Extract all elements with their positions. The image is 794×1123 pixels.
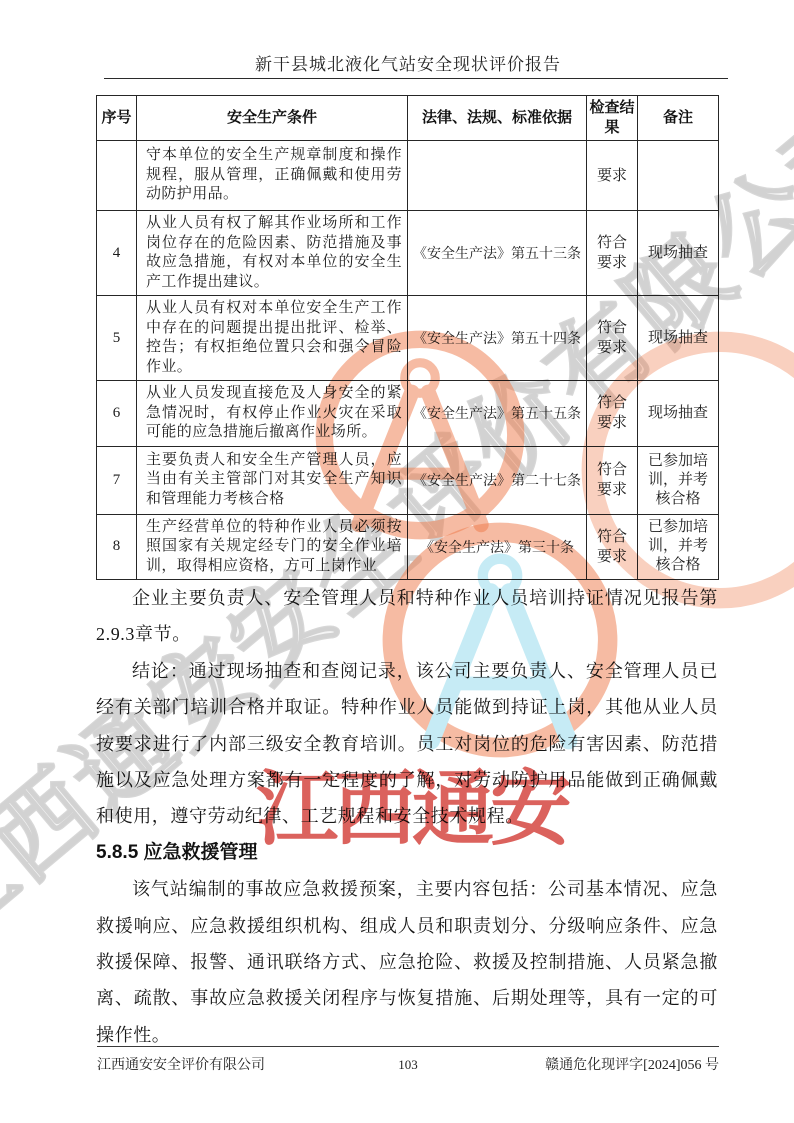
paragraph-conclusion: 结论：通过现场抽查和查阅记录，该公司主要负责人、安全管理人员已经有关部门培训合格… — [96, 653, 718, 835]
table-row: 4 从业人员有权了解其作业场所和工作岗位存在的危险因素、防范措施及事故应急措施，… — [97, 211, 719, 296]
cell-condition: 主要负责人和安全生产管理人员，应当由有关主管部门对其安全生产知识和管理能力考核合… — [137, 446, 408, 514]
cell-result: 要求 — [587, 141, 638, 211]
paragraph-emergency-plan: 该气站编制的事故应急救援预案，主要内容包括：公司基本情况、应急救援响应、应急救援… — [96, 871, 718, 1053]
cell-no: 5 — [97, 296, 137, 381]
cell-remark: 已参加培训，并考核合格 — [638, 514, 719, 580]
col-header-condition: 安全生产条件 — [137, 96, 408, 141]
paragraph-training-certificates: 企业主要负责人、安全管理人员和特种作业人员培训持证情况见报告第2.9.3章节。 — [96, 580, 718, 653]
cell-remark — [638, 141, 719, 211]
cell-condition: 从业人员有权对本单位安全生产工作中存在的问题提出提出批评、检举、控告；有权拒绝位… — [137, 296, 408, 381]
cell-no — [97, 141, 137, 211]
cell-result: 符合要求 — [587, 514, 638, 580]
footer-company-name: 江西通安安全评价有限公司 — [97, 1054, 304, 1074]
cell-condition: 守本单位的安全生产规章制度和操作规程，服从管理，正确佩戴和使用劳动防护用品。 — [137, 141, 408, 211]
table-row: 7 主要负责人和安全生产管理人员，应当由有关主管部门对其安全生产知识和管理能力考… — [97, 446, 719, 514]
cell-result: 符合要求 — [587, 211, 638, 296]
cell-no: 4 — [97, 211, 137, 296]
table-header-row: 序号 安全生产条件 法律、法规、标准依据 检查结果 备注 — [97, 96, 719, 141]
cell-condition: 生产经营单位的特种作业人员必须按照国家有关规定经专门的安全作业培训，取得相应资格… — [137, 514, 408, 580]
safety-conditions-table: 序号 安全生产条件 法律、法规、标准依据 检查结果 备注 守本单位的安全生产规章… — [96, 95, 719, 580]
cell-result: 符合要求 — [587, 381, 638, 447]
table-row: 守本单位的安全生产规章制度和操作规程，服从管理，正确佩戴和使用劳动防护用品。 要… — [97, 141, 719, 211]
cell-remark: 现场抽查 — [638, 381, 719, 447]
cell-result: 符合要求 — [587, 446, 638, 514]
col-header-remark: 备注 — [638, 96, 719, 141]
cell-remark: 现场抽查 — [638, 211, 719, 296]
cell-no: 6 — [97, 381, 137, 447]
cell-basis: 《安全生产法》第二十七条 — [408, 446, 587, 514]
page-header-title: 新干县城北液化气站安全现状评价报告 — [97, 50, 719, 75]
cell-condition: 从业人员有权了解其作业场所和工作岗位存在的危险因素、防范措施及事故应急措施，有权… — [137, 211, 408, 296]
col-header-result: 检查结果 — [587, 96, 638, 141]
table-row: 6 从业人员发现直接危及人身安全的紧急情况时，有权停止作业火灾在采取可能的应急措… — [97, 381, 719, 447]
cell-condition: 从业人员发现直接危及人身安全的紧急情况时，有权停止作业火灾在采取可能的应急措施后… — [137, 381, 408, 447]
cell-no: 8 — [97, 514, 137, 580]
cell-remark: 现场抽查 — [638, 296, 719, 381]
cell-remark: 已参加培训，并考核合格 — [638, 446, 719, 514]
cell-basis — [408, 141, 587, 211]
footer-doc-number: 赣通危化现评字[2024]056 号 — [512, 1054, 719, 1074]
table-row: 5 从业人员有权对本单位安全生产工作中存在的问题提出提出批评、检举、控告；有权拒… — [97, 296, 719, 381]
section-heading-5-8-5: 5.8.5 应急救援管理 — [96, 835, 718, 871]
cell-result: 符合要求 — [587, 296, 638, 381]
page-content: 序号 安全生产条件 法律、法规、标准依据 检查结果 备注 守本单位的安全生产规章… — [96, 95, 718, 1053]
table-row: 8 生产经营单位的特种作业人员必须按照国家有关规定经专门的安全作业培训，取得相应… — [97, 514, 719, 580]
footer-page-number: 103 — [304, 1057, 511, 1073]
col-header-basis: 法律、法规、标准依据 — [408, 96, 587, 141]
cell-basis: 《安全生产法》第三十条 — [408, 514, 587, 580]
cell-basis: 《安全生产法》第五十三条 — [408, 211, 587, 296]
cell-no: 7 — [97, 446, 137, 514]
col-header-no: 序号 — [97, 96, 137, 141]
cell-basis: 《安全生产法》第五十五条 — [408, 381, 587, 447]
header-divider — [104, 78, 728, 79]
page-footer: 江西通安安全评价有限公司 103 赣通危化现评字[2024]056 号 — [97, 1046, 719, 1074]
report-page: 新干县城北液化气站安全现状评价报告 序号 安全生产条件 法律、法规、标准依据 检… — [0, 0, 794, 1123]
cell-basis: 《安全生产法》第五十四条 — [408, 296, 587, 381]
